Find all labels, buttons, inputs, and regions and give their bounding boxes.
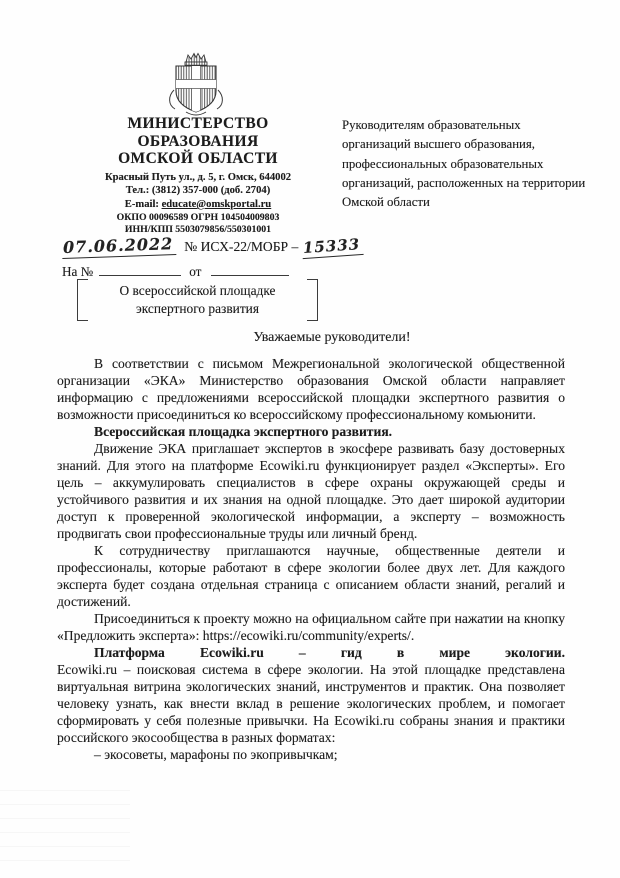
subject-line: экспертного развития	[89, 300, 306, 318]
subject-block: О всероссийской площадке экспертного раз…	[77, 278, 318, 322]
phone-line: Тел.: (3812) 357-000 (доб. 2704)	[58, 184, 338, 197]
recipient-block: Руководителям образовательных организаци…	[342, 116, 590, 212]
letter-body: В соответствии с письмом Межрегиональной…	[57, 355, 565, 763]
right-bracket-mark	[307, 279, 318, 321]
handwritten-date: 07.06.2022	[62, 234, 177, 259]
paragraph-intro: В соответствии с письмом Межрегиональной…	[57, 355, 565, 423]
reply-from-label: от	[189, 264, 201, 279]
section-heading-ecowiki: Платформа Ecowiki.ru – гид в мире эколог…	[57, 644, 565, 661]
address-line: Красный Путь ул., д. 5, г. Омск, 644002	[58, 171, 338, 184]
ministry-name-line: ОБРАЗОВАНИЯ	[58, 133, 338, 151]
date-number-row: 07.06.2022 № ИСХ-22/МОБР – 15333	[62, 236, 392, 262]
salutation: Уважаемые руководители!	[57, 330, 565, 346]
handwritten-number: 15333	[302, 235, 364, 259]
subject-text: О всероссийской площадке экспертного раз…	[89, 282, 306, 317]
ministry-name-line: ОМСКОЙ ОБЛАСТИ	[58, 150, 338, 168]
section-heading-platform: Всероссийская площадка экспертного разви…	[57, 423, 565, 440]
paragraph-join-link: Присоединиться к проекту можно на официа…	[57, 610, 565, 644]
paragraph-eka-movement: Движение ЭКА приглашает экспертов в экос…	[57, 440, 565, 542]
email-label: E-mail:	[125, 199, 162, 210]
outgoing-number-prefix: № ИСХ-22/МОБР –	[184, 239, 298, 255]
email-address: educate@omskportal.ru	[162, 199, 272, 210]
omsk-oblast-coat-of-arms-icon	[165, 52, 227, 118]
ministry-name-line: МИНИСТЕРСТВО	[58, 115, 338, 133]
reply-date-blank	[211, 262, 289, 276]
scanned-letter-page: МИНИСТЕРСТВО ОБРАЗОВАНИЯ ОМСКОЙ ОБЛАСТИ …	[0, 0, 620, 878]
reply-label: На №	[62, 264, 93, 279]
ministry-name: МИНИСТЕРСТВО ОБРАЗОВАНИЯ ОМСКОЙ ОБЛАСТИ	[58, 115, 338, 168]
email-line: E-mail: educate@omskportal.ru	[58, 198, 338, 211]
paragraph-cooperation: К сотрудничеству приглашаются научные, о…	[57, 542, 565, 610]
paragraph-ecowiki: Ecowiki.ru – поисковая система в сфере э…	[57, 661, 565, 746]
letterhead-contact: Красный Путь ул., д. 5, г. Омск, 644002 …	[58, 171, 338, 211]
reply-number-blank	[99, 262, 181, 276]
okpo-ogrn-line: ОКПО 00096589 ОГРН 104504009803	[58, 212, 338, 224]
left-bracket-mark	[77, 279, 88, 321]
list-item-ecotips: – экосоветы, марафоны по экопривычкам;	[57, 746, 565, 763]
registration-numbers: ОКПО 00096589 ОГРН 104504009803 ИНН/КПП …	[58, 212, 338, 237]
subject-line: О всероссийской площадке	[89, 282, 306, 300]
inn-kpp-line: ИНН/КПП 5503079856/550301001	[58, 224, 338, 236]
